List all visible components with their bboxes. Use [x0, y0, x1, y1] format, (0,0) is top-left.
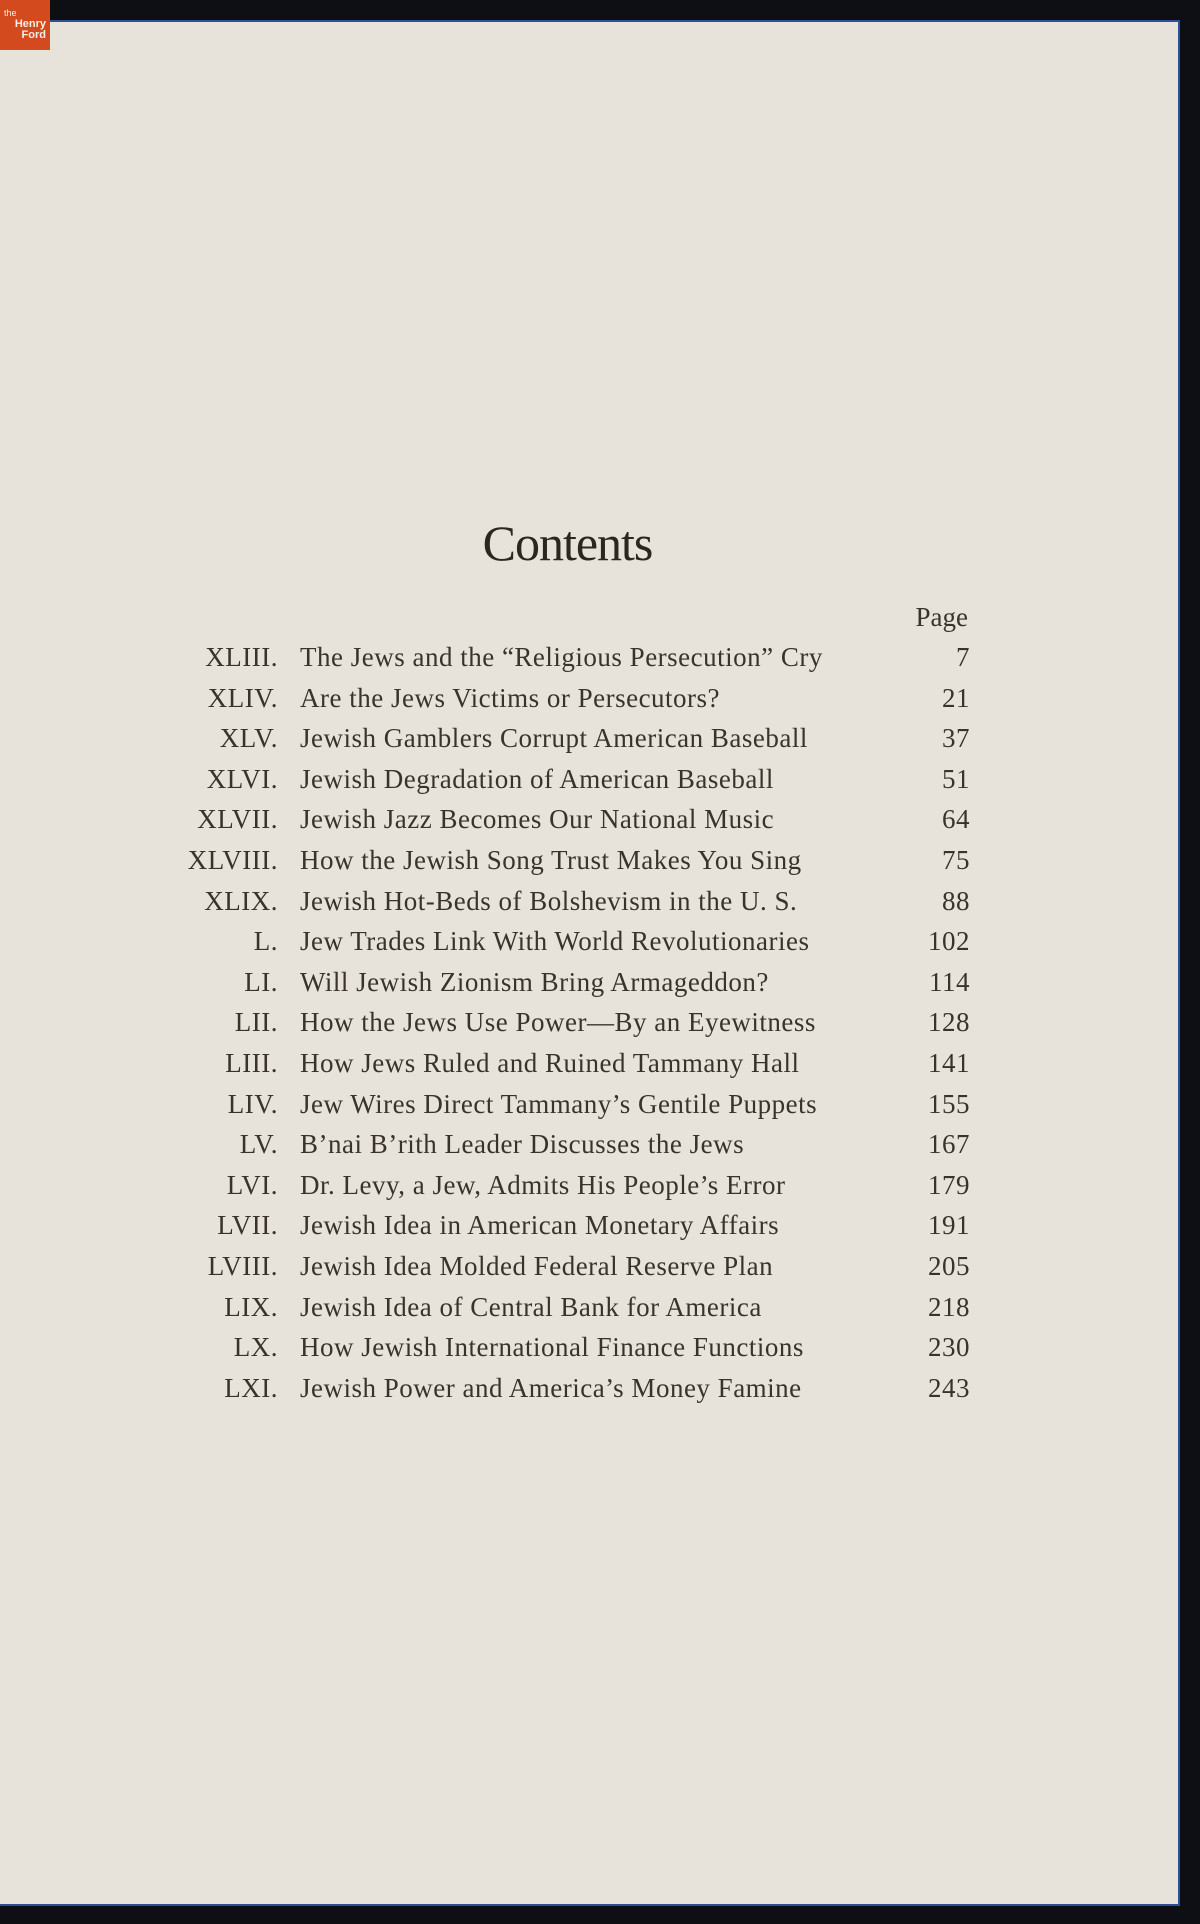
toc-entry: LIV. Jew Wires Direct Tammany’s Gentile …: [150, 1089, 970, 1130]
page-number: 243: [910, 1373, 970, 1404]
chapter-number: XLVI.: [150, 764, 300, 795]
scanned-page: Contents Page XLIII. The Jews and the “R…: [0, 20, 1180, 1906]
table-of-contents: Page XLIII. The Jews and the “Religious …: [150, 602, 970, 1413]
chapter-number: LII.: [150, 1007, 300, 1038]
page-number: 21: [910, 683, 970, 714]
watermark-line3: Ford: [22, 29, 46, 41]
chapter-title: Jewish Idea of Central Bank for America: [300, 1292, 910, 1323]
page-number: 114: [910, 967, 970, 998]
toc-entry: XLV. Jewish Gamblers Corrupt American Ba…: [150, 723, 970, 764]
page-number: 64: [910, 804, 970, 835]
chapter-number: LVI.: [150, 1170, 300, 1201]
chapter-title: Jewish Degradation of American Baseball: [300, 764, 910, 795]
toc-entries: XLIII. The Jews and the “Religious Perse…: [150, 642, 970, 1413]
page-number: 179: [910, 1170, 970, 1201]
toc-entry: LXI. Jewish Power and America’s Money Fa…: [150, 1373, 970, 1414]
chapter-title: Jewish Idea in American Monetary Affairs: [300, 1210, 910, 1241]
chapter-number: LXI.: [150, 1373, 300, 1404]
page-number: 37: [910, 723, 970, 754]
page-number: 191: [910, 1210, 970, 1241]
page-number: 88: [910, 886, 970, 917]
toc-entry: XLIV. Are the Jews Victims or Persecutor…: [150, 683, 970, 724]
chapter-number: XLV.: [150, 723, 300, 754]
chapter-title: Jew Trades Link With World Revolutionari…: [300, 926, 910, 957]
page-title: Contents: [0, 514, 1135, 572]
watermark-logo: the Henry Ford: [0, 0, 50, 50]
toc-entry: LX. How Jewish International Finance Fun…: [150, 1332, 970, 1373]
chapter-number: LIII.: [150, 1048, 300, 1079]
chapter-number: LI.: [150, 967, 300, 998]
chapter-title: How Jewish International Finance Functio…: [300, 1332, 910, 1363]
chapter-title: Jewish Hot-Beds of Bolshevism in the U. …: [300, 886, 910, 917]
chapter-number: L.: [150, 926, 300, 957]
chapter-number: LX.: [150, 1332, 300, 1363]
chapter-number: XLVIII.: [150, 845, 300, 876]
chapter-title: How the Jewish Song Trust Makes You Sing: [300, 845, 910, 876]
chapter-number: XLIX.: [150, 886, 300, 917]
chapter-title: The Jews and the “Religious Persecution”…: [300, 642, 910, 673]
page-number: 230: [910, 1332, 970, 1363]
chapter-title: Jew Wires Direct Tammany’s Gentile Puppe…: [300, 1089, 910, 1120]
page-number: 167: [910, 1129, 970, 1160]
chapter-title: Jewish Jazz Becomes Our National Music: [300, 804, 910, 835]
chapter-title: Jewish Idea Molded Federal Reserve Plan: [300, 1251, 910, 1282]
chapter-title: Are the Jews Victims or Persecutors?: [300, 683, 910, 714]
chapter-title: How the Jews Use Power—By an Eyewitness: [300, 1007, 910, 1038]
toc-entry: LVIII. Jewish Idea Molded Federal Reserv…: [150, 1251, 970, 1292]
page-number: 75: [910, 845, 970, 876]
toc-entry: XLVIII. How the Jewish Song Trust Makes …: [150, 845, 970, 886]
toc-entry: XLVII. Jewish Jazz Becomes Our National …: [150, 804, 970, 845]
page-number: 7: [910, 642, 970, 673]
toc-entry: LII. How the Jews Use Power—By an Eyewit…: [150, 1007, 970, 1048]
chapter-title: Jewish Power and America’s Money Famine: [300, 1373, 910, 1404]
chapter-number: XLIII.: [150, 642, 300, 673]
page-number: 155: [910, 1089, 970, 1120]
chapter-title: Jewish Gamblers Corrupt American Basebal…: [300, 723, 910, 754]
chapter-number: LV.: [150, 1129, 300, 1160]
page-number: 141: [910, 1048, 970, 1079]
chapter-number: LIX.: [150, 1292, 300, 1323]
toc-entry: XLIX. Jewish Hot-Beds of Bolshevism in t…: [150, 886, 970, 927]
page-number: 102: [910, 926, 970, 957]
toc-entry: LVI. Dr. Levy, a Jew, Admits His People’…: [150, 1170, 970, 1211]
toc-entry: LVII. Jewish Idea in American Monetary A…: [150, 1210, 970, 1251]
toc-entry: LI. Will Jewish Zionism Bring Armageddon…: [150, 967, 970, 1008]
chapter-title: B’nai B’rith Leader Discusses the Jews: [300, 1129, 910, 1160]
chapter-title: How Jews Ruled and Ruined Tammany Hall: [300, 1048, 910, 1079]
page-number: 218: [910, 1292, 970, 1323]
chapter-number: XLIV.: [150, 683, 300, 714]
toc-entry: LV. B’nai B’rith Leader Discusses the Je…: [150, 1129, 970, 1170]
page-number: 205: [910, 1251, 970, 1282]
page-number: 128: [910, 1007, 970, 1038]
toc-entry: L. Jew Trades Link With World Revolution…: [150, 926, 970, 967]
chapter-number: LVIII.: [150, 1251, 300, 1282]
chapter-number: LIV.: [150, 1089, 300, 1120]
chapter-title: Will Jewish Zionism Bring Armageddon?: [300, 967, 910, 998]
toc-entry: XLIII. The Jews and the “Religious Perse…: [150, 642, 970, 683]
page-number: 51: [910, 764, 970, 795]
toc-entry: LIII. How Jews Ruled and Ruined Tammany …: [150, 1048, 970, 1089]
toc-entry: LIX. Jewish Idea of Central Bank for Ame…: [150, 1292, 970, 1333]
toc-entry: XLVI. Jewish Degradation of American Bas…: [150, 764, 970, 805]
chapter-number: LVII.: [150, 1210, 300, 1241]
chapter-title: Dr. Levy, a Jew, Admits His People’s Err…: [300, 1170, 910, 1201]
page-column-label: Page: [150, 602, 970, 642]
chapter-number: XLVII.: [150, 804, 300, 835]
